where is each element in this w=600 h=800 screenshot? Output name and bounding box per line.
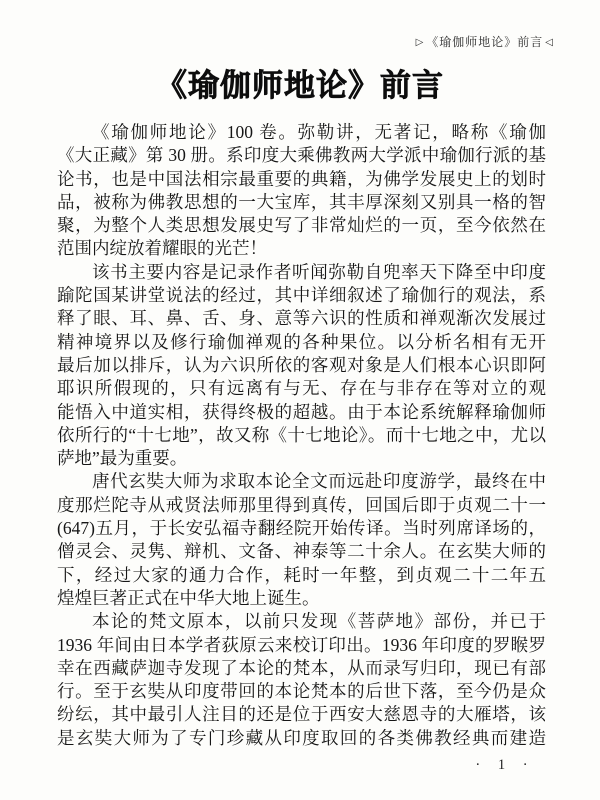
body-line: 释了眼、耳、鼻、舌、身、意等六识的性质和禅观渐次发展过程中的 [57, 307, 546, 330]
triangle-right-icon: ▷ [414, 37, 427, 48]
body-line: 踰陀国某讲堂说法的经过，其中详细叙述了瑜伽行的观法，系统论 [57, 284, 546, 307]
body-line: 行。至于玄奘从印度带回的本论梵本的后世下落，至今仍是众说 [57, 680, 546, 703]
book-page: ▷《瑜伽师地论》前言◁ 《瑜伽师地论》前言 《瑜伽师地论》100 卷。弥勒讲，无… [0, 0, 600, 800]
body-line: 1936 年间由日本学者荻原云来校订印出。1936 年印度的罗睺罗有 [57, 634, 546, 657]
running-header: ▷《瑜伽师地论》前言◁ [414, 33, 556, 50]
body-line: 耶识所假现的，只有远离有与无、存在与非存在等对立的观念，才 [57, 377, 546, 400]
body-line: 煌煌巨著正式在中华大地上诞生。 [57, 587, 546, 610]
body-line: 唐代玄奘大师为求取本论全文而远赴印度游学，最终在中印 [57, 470, 546, 493]
body-line: 《瑜伽师地论》100 卷。弥勒讲，无著记，略称《瑜伽论》，收于 [57, 121, 546, 144]
body-line: 是玄奘大师为了专门珍藏从印度取回的各类佛教经典而建造的。 [57, 727, 546, 750]
body-line: 品，被称为佛教思想的一大宝库，其丰厚深刻又别具一格的智慧凝 [57, 191, 546, 214]
triangle-left-icon: ◁ [543, 37, 556, 48]
body-line: (647)五月，于长安弘福寺翻经院开始传译。当时列席译场的，有名 [57, 517, 546, 540]
body-line: 依所行的“十七地”，故又称《十七地论》。而十七地之中，尤以“菩 [57, 424, 546, 447]
body-line: 度那烂陀寺从戒贤法师那里得到真传，回国后即于贞观二十一年 [57, 494, 546, 517]
body-line: 该书主要内容是记录作者听闻弥勒自兜率天下降至中印度阿 [57, 261, 546, 284]
body-line: 《大正藏》第 30 册。系印度大乘佛教两大学派中瑜伽行派的基础性 [57, 144, 546, 167]
body-line: 僧灵会、灵隽、辩机、文备、神泰等二十余人。在玄奘大师的主持 [57, 540, 546, 563]
body-line: 纷纭，其中最引人注目的还是位于西安大慈恩寺的大雁塔，该塔就 [57, 703, 546, 726]
body-line: 幸在西藏萨迦寺发现了本论的梵本，从而录写归印，现已有部份刊 [57, 657, 546, 680]
body-line: 萨地”最为重要。 [57, 447, 546, 470]
body-line: 范围内绽放着耀眼的光芒！ [57, 237, 546, 260]
body-line: 本论的梵文原本，以前只发现《菩萨地》部份，并已于 1930 至 [57, 610, 546, 633]
page-title: 《瑜伽师地论》前言 [0, 60, 600, 105]
page-number: · 1 · [445, 757, 565, 774]
body-line: 最后加以排斥，认为六识所依的客观对象是人们根本心识即阿赖 [57, 354, 546, 377]
body-text: 《瑜伽师地论》100 卷。弥勒讲，无著记，略称《瑜伽论》，收于《大正藏》第 30… [57, 121, 546, 750]
body-line: 精神境界以及修行瑜伽禅观的各种果位。以分析名相有无开始， [57, 331, 546, 354]
body-line: 能悟入中道实相，获得终极的超越。由于本论系统解释瑜伽师所 [57, 401, 546, 424]
body-line: 聚，为整个人类思想发展史写了非常灿烂的一页，至今依然在世界 [57, 214, 546, 237]
running-header-text: 《瑜伽师地论》前言 [426, 35, 543, 49]
body-line: 论书，也是中国法相宗最重要的典籍，为佛学发展史上的划时代作 [57, 168, 546, 191]
body-line: 下，经过大家的通力合作，耗时一年整，到贞观二十二年五月，这部 [57, 564, 546, 587]
